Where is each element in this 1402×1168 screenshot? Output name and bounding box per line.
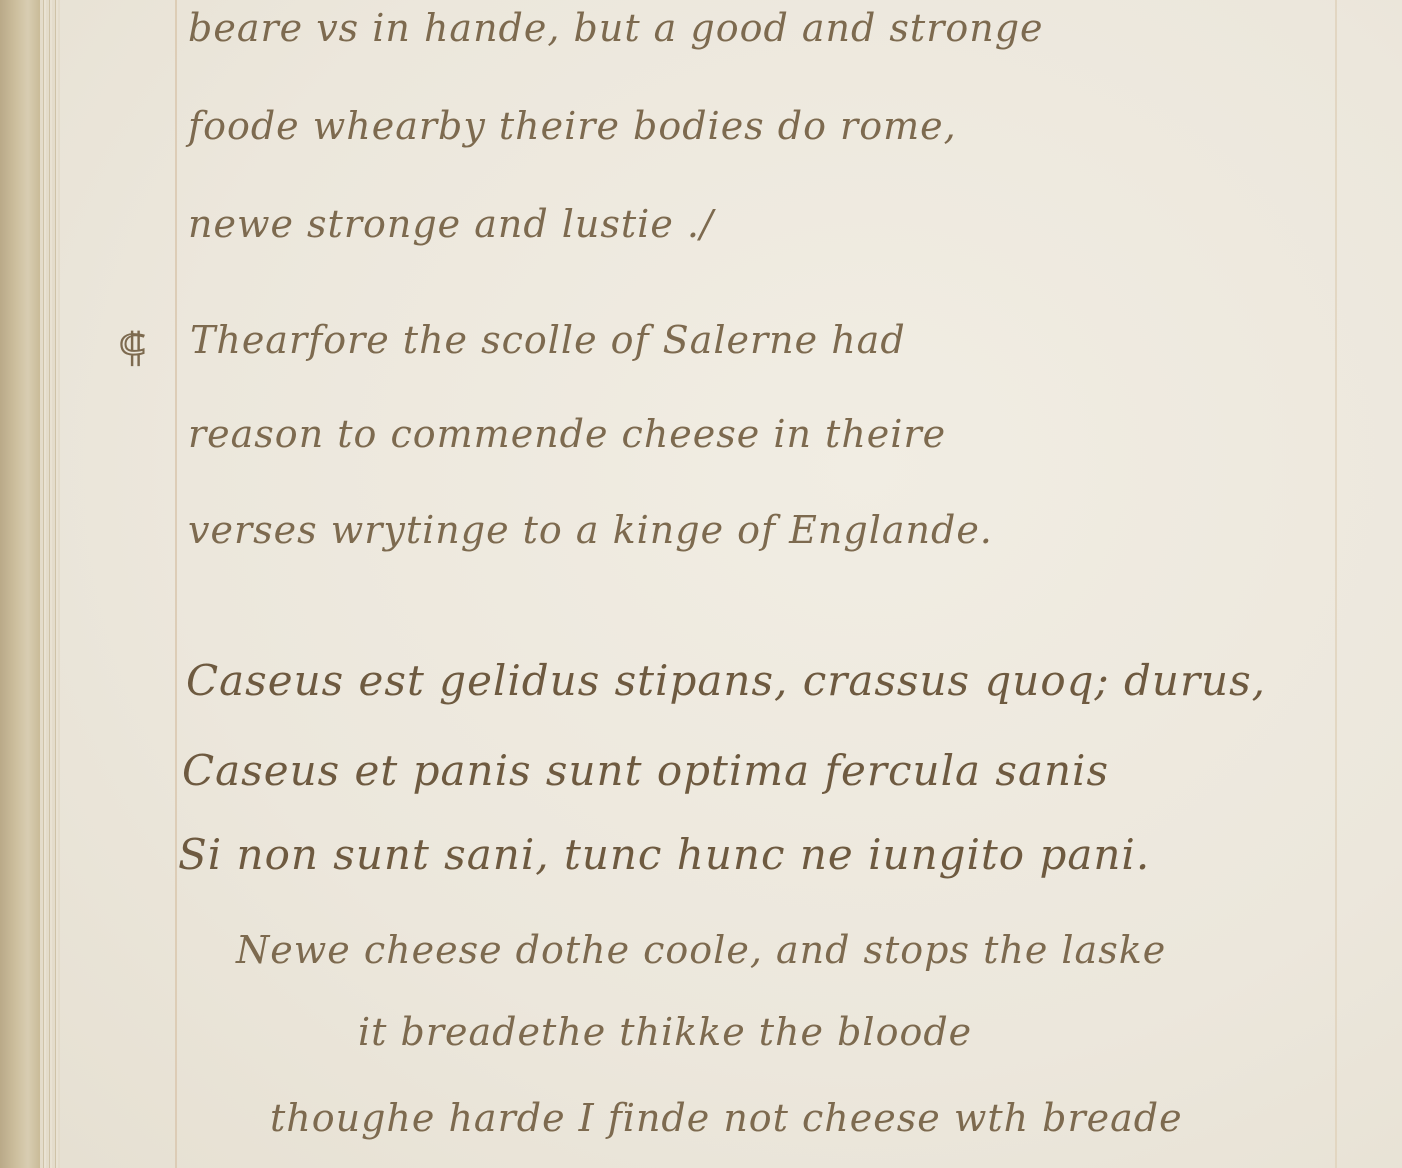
verse-line: Caseus et panis sunt optima fercula sani… bbox=[182, 746, 1109, 795]
text-line: Thearfore the scolle of Salerne had bbox=[190, 318, 906, 362]
left-margin-rule bbox=[175, 0, 177, 1168]
text-line: beare vs in hande, but a good and strong… bbox=[188, 6, 1044, 50]
right-margin-rule bbox=[1335, 0, 1337, 1168]
manuscript-page bbox=[60, 0, 1402, 1168]
text-line: verses wrytinge to a kinge of Englande. bbox=[188, 508, 993, 552]
text-line: it breadethe thikke the bloode bbox=[358, 1010, 972, 1054]
book-binding bbox=[0, 0, 40, 1168]
text-line: reason to commende cheese in theire bbox=[188, 412, 946, 456]
verse-line: Caseus est gelidus stipans, crassus quoq… bbox=[186, 656, 1266, 705]
paraph-mark-icon: ⸿ bbox=[118, 318, 146, 373]
text-line: foode whearby theire bodies do rome, bbox=[188, 104, 957, 148]
text-line: newe stronge and lustie ./ bbox=[188, 202, 714, 246]
verse-line: Si non sunt sani, tunc hunc ne iungito p… bbox=[178, 830, 1150, 879]
page-edges bbox=[40, 0, 60, 1168]
text-line: Newe cheese dothe coole, and stops the l… bbox=[236, 928, 1166, 972]
text-line: thoughe harde I finde not cheese wth bre… bbox=[270, 1096, 1183, 1140]
